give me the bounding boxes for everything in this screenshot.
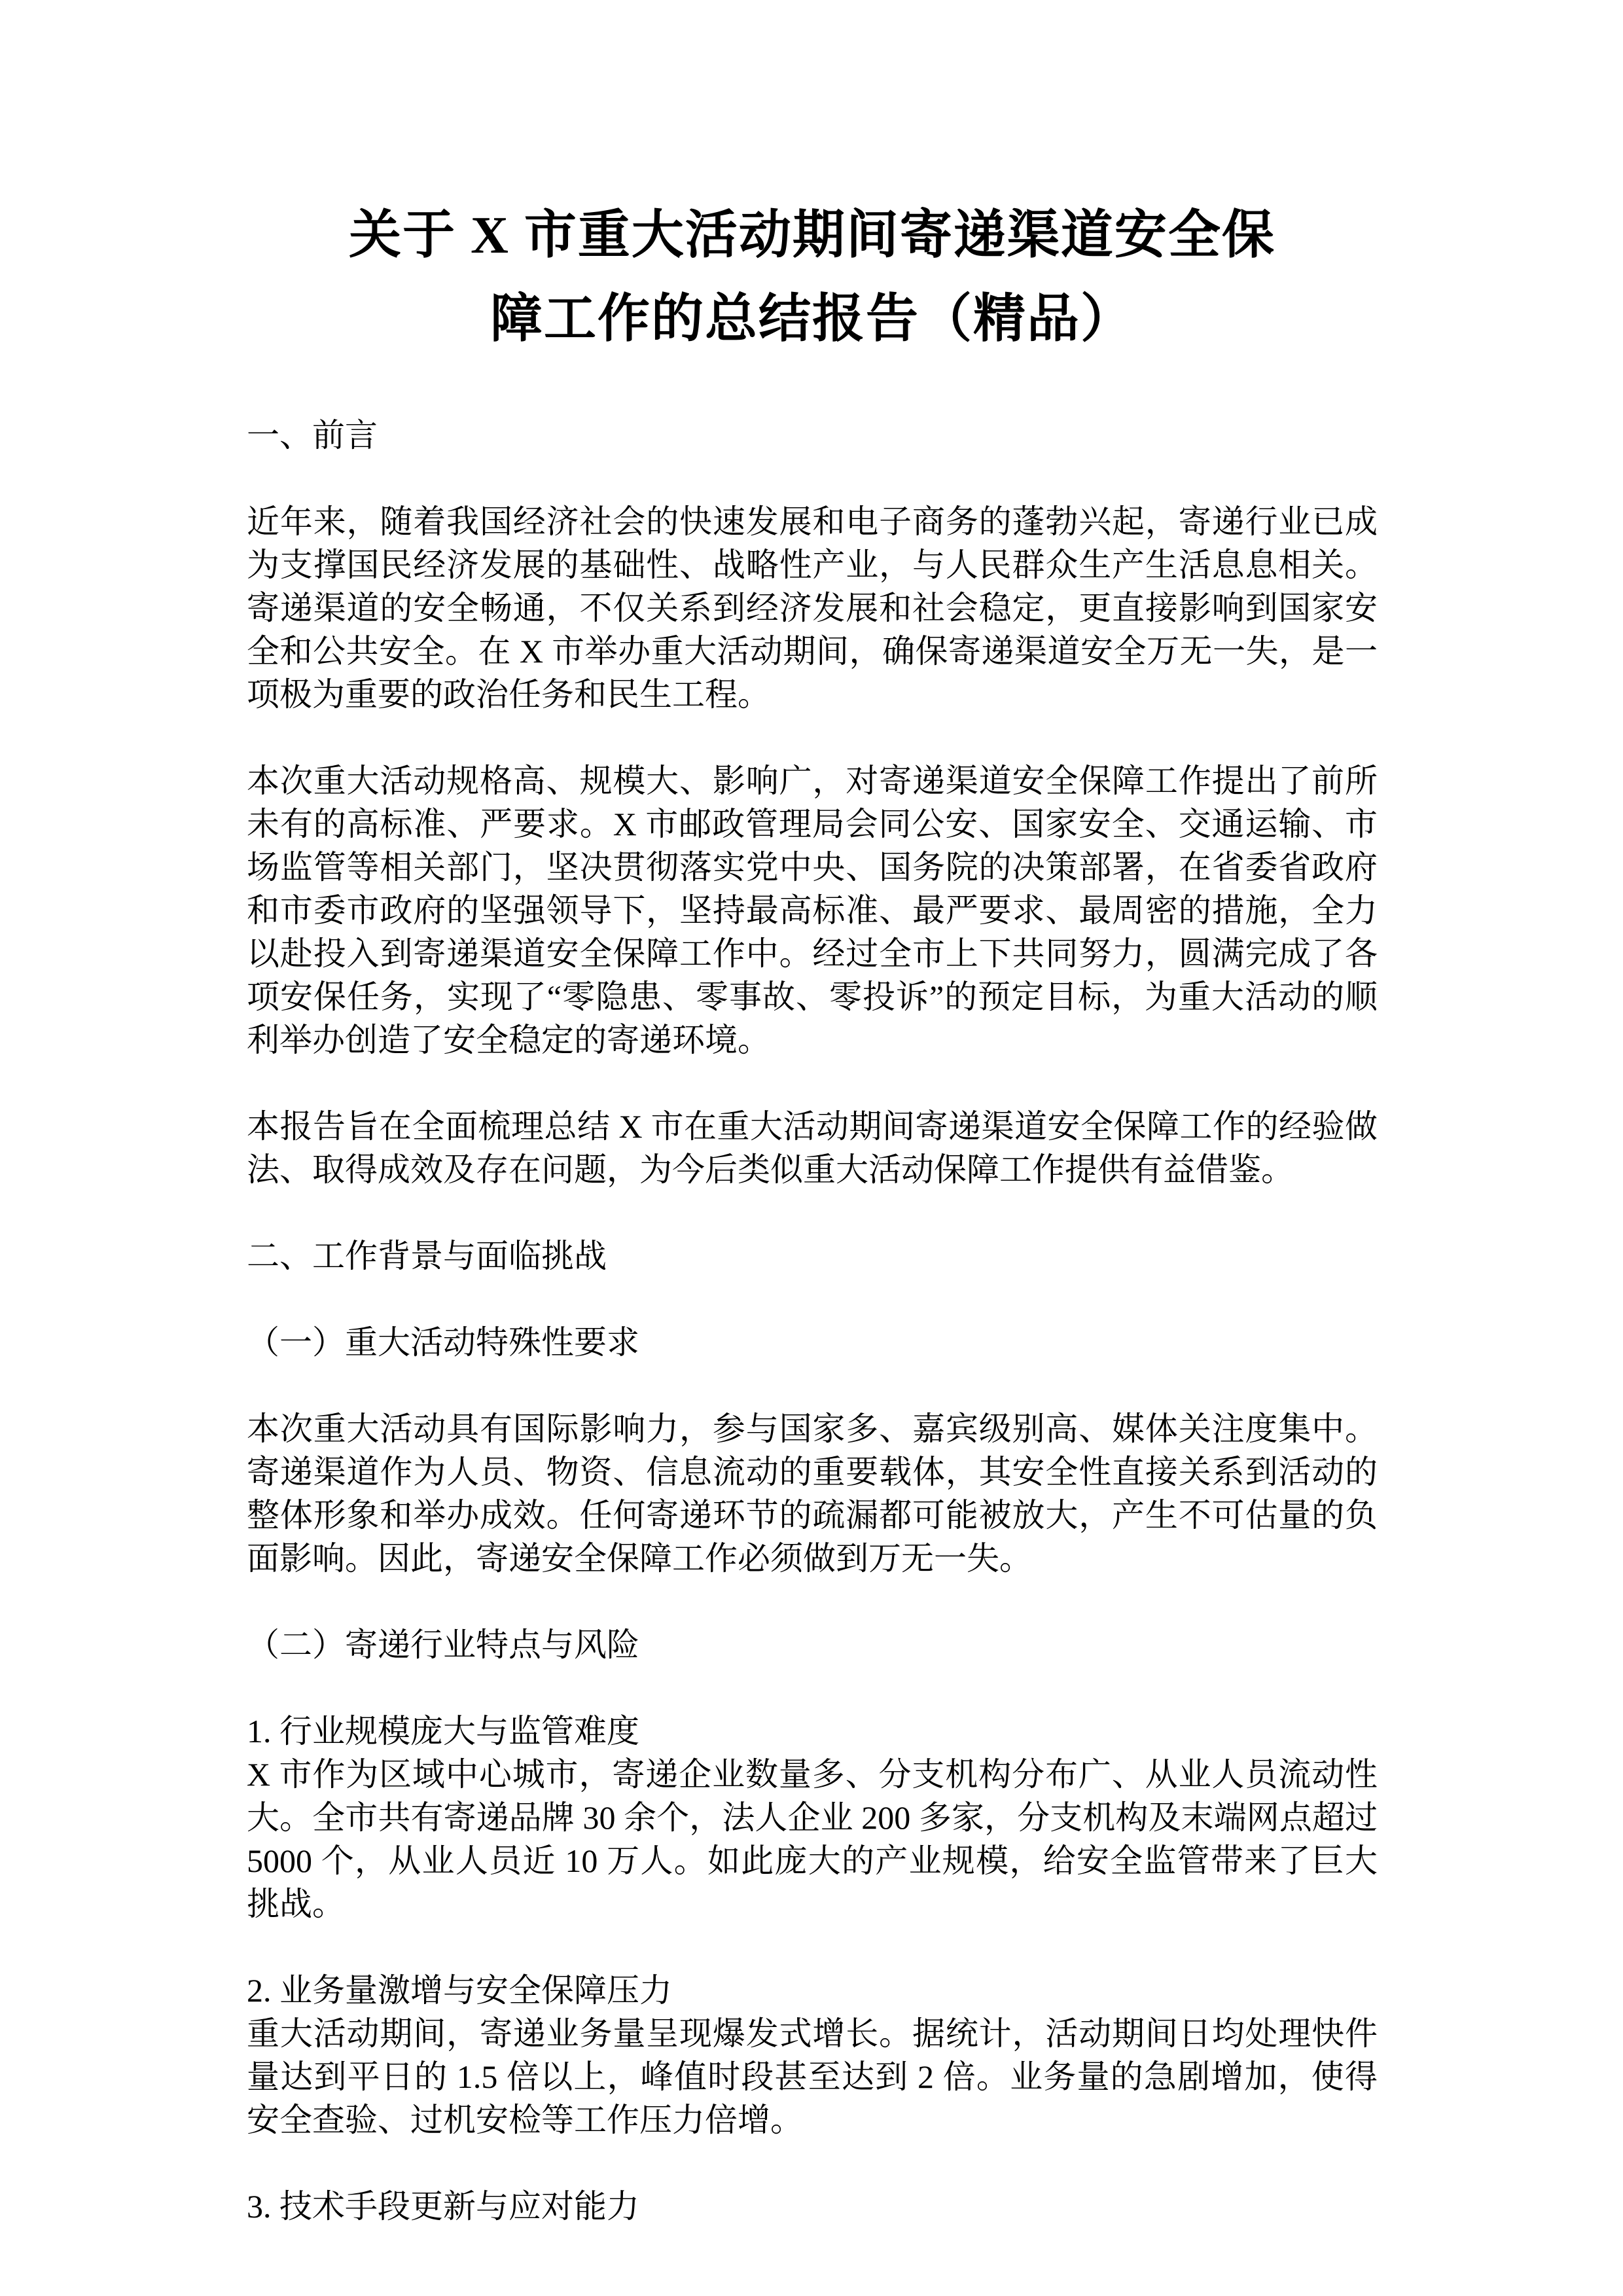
document-title-line-2: 障工作的总结报告（精品） bbox=[247, 278, 1378, 361]
section-heading-preface: 一、前言 bbox=[247, 414, 1378, 457]
paragraph-special-requirements: 本次重大活动具有国际影响力，参与国家多、嘉宾级别高、媒体关注度集中。寄递渠道作为… bbox=[247, 1407, 1378, 1580]
paragraph-preface-3: 本报告旨在全面梳理总结 X 市在重大活动期间寄递渠道安全保障工作的经验做法、取得… bbox=[247, 1105, 1378, 1191]
paragraph-preface-1: 近年来，随着我国经济社会的快速发展和电子商务的蓬勃兴起，寄递行业已成为支撑国民经… bbox=[247, 500, 1378, 716]
sub-heading-special-requirements: （一）重大活动特殊性要求 bbox=[247, 1321, 1378, 1364]
document-title-line-1: 关于 X 市重大活动期间寄递渠道安全保 bbox=[247, 194, 1378, 278]
numbered-heading-business-surge: 2. 业务量激增与安全保障压力 bbox=[247, 1969, 1378, 2012]
sub-heading-industry-risk: （二）寄递行业特点与风险 bbox=[247, 1623, 1378, 1666]
numbered-heading-technology: 3. 技术手段更新与应对能力 bbox=[247, 2185, 1378, 2228]
section-heading-background: 二、工作背景与面临挑战 bbox=[247, 1234, 1378, 1278]
document-content: 关于 X 市重大活动期间寄递渠道安全保 障工作的总结报告（精品） 一、前言 近年… bbox=[0, 0, 1623, 2228]
numbered-heading-industry-scale: 1. 行业规模庞大与监管难度 bbox=[247, 1710, 1378, 1753]
document-page: 关于 X 市重大活动期间寄递渠道安全保 障工作的总结报告（精品） 一、前言 近年… bbox=[0, 0, 1623, 2296]
paragraph-business-surge: 重大活动期间，寄递业务量呈现爆发式增长。据统计，活动期间日均处理快件量达到平日的… bbox=[247, 2012, 1378, 2142]
document-title: 关于 X 市重大活动期间寄递渠道安全保 障工作的总结报告（精品） bbox=[247, 194, 1378, 361]
paragraph-industry-scale: X 市作为区域中心城市，寄递企业数量多、分支机构分布广、从业人员流动性大。全市共… bbox=[247, 1753, 1378, 1926]
paragraph-preface-2: 本次重大活动规格高、规模大、影响广，对寄递渠道安全保障工作提出了前所未有的高标准… bbox=[247, 759, 1378, 1062]
